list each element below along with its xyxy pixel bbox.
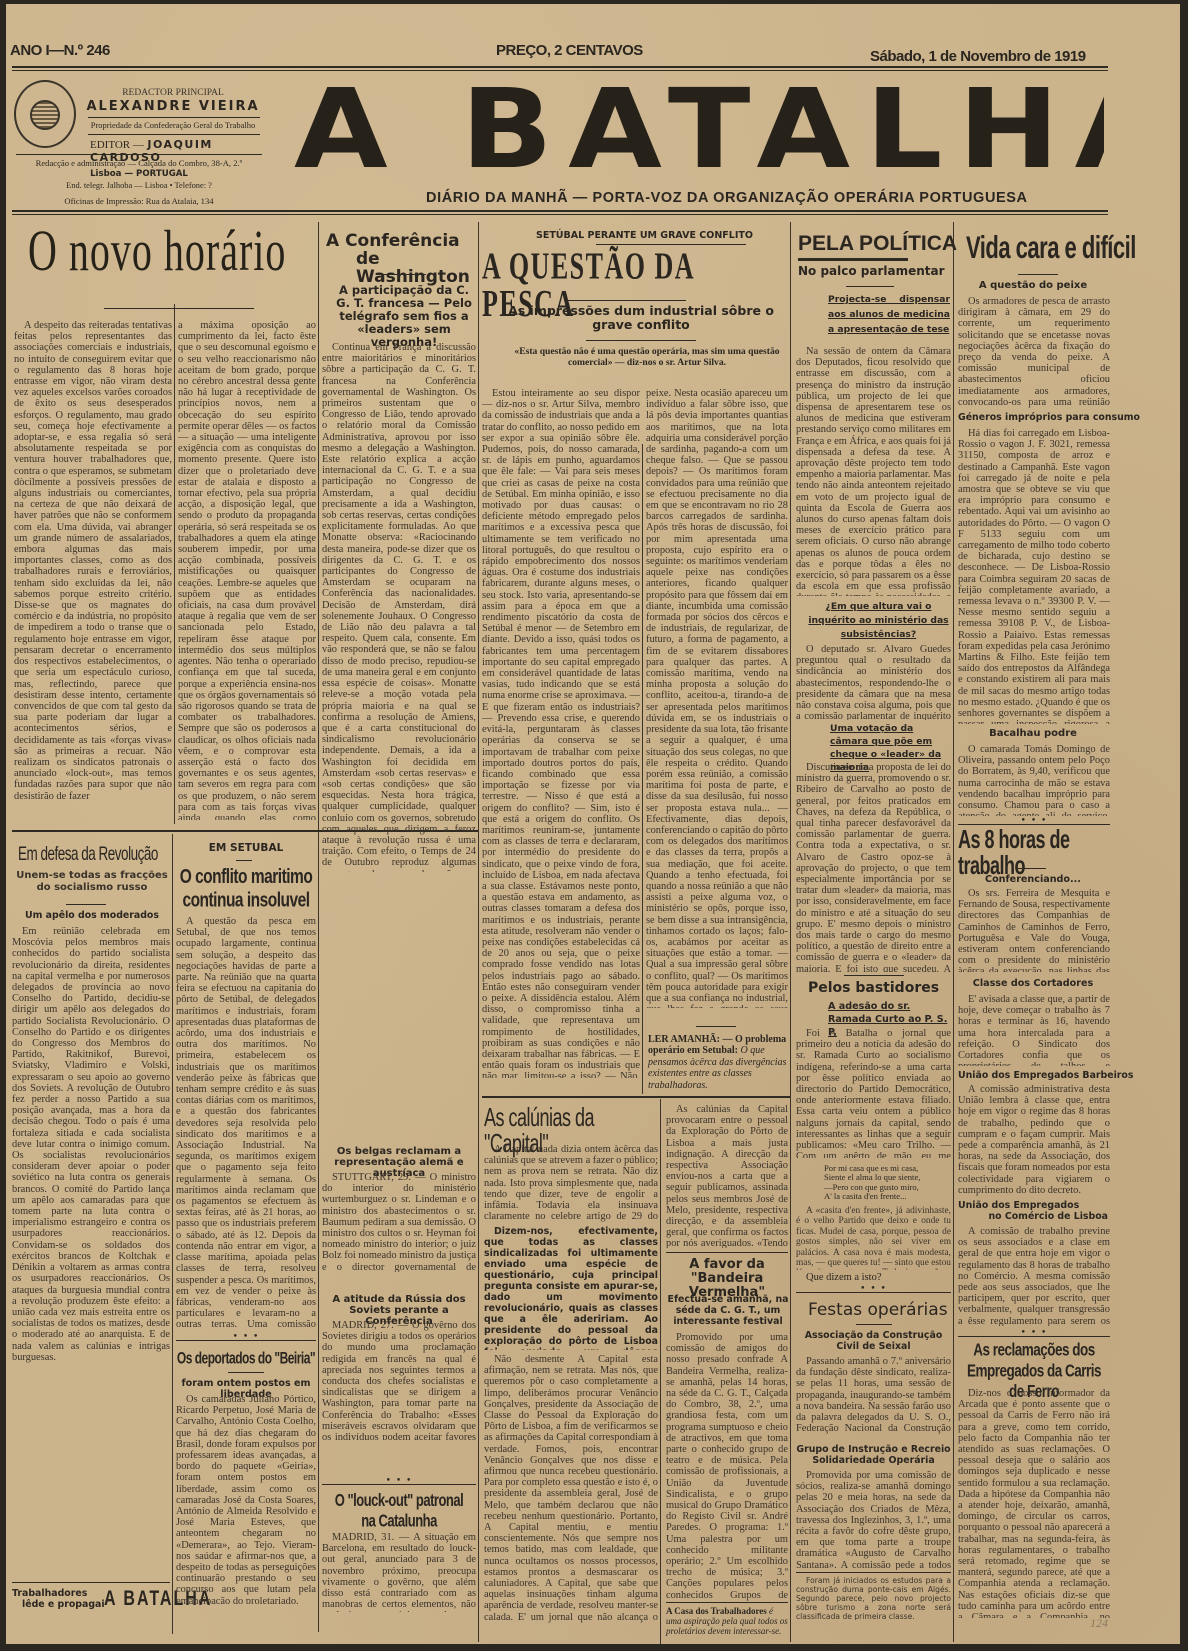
ler-amanha-label: LER AMANHÃ: — O problema operário em Set… bbox=[648, 1034, 786, 1056]
politica-body-inquerito: O deputado sr. Alvaro Guedes preguntou q… bbox=[796, 644, 951, 720]
headline-oito-horas-wrap: As 8 horas de trabalho bbox=[958, 826, 1118, 866]
pesca-quote: «Esta questão não é uma questão operária… bbox=[506, 346, 788, 368]
ler-amanha: LER AMANHÃ: — O problema operário em Set… bbox=[648, 1034, 788, 1091]
headline-bastidores: Pelos bastidores bbox=[808, 980, 939, 996]
oito-horas-body-conferenciando: Os srs. Ferreira de Mesquita e Fernando … bbox=[958, 888, 1110, 972]
telegraph: End. telegr. Jalhoba — Lisboa • Telefone… bbox=[16, 181, 262, 190]
vida-cara-body-bacalhau: O camarada Tomás Domingo de Oliveira, pa… bbox=[958, 744, 1110, 816]
belgas-body: STUTTGART, 29. — O ministro do interior … bbox=[322, 1172, 476, 1272]
festas-sub-seixal: Associação da Construção Civil de Seixal bbox=[796, 1330, 951, 1352]
bastidores-body-end: A «casita d'en frente», já adivinhaste, … bbox=[796, 1206, 951, 1270]
oito-horas-body-comercio: A comissão de trabalho previne os seus a… bbox=[958, 1226, 1110, 1326]
festas-sub-grupo: Grupo de Instrução e Recreio Solidarieda… bbox=[796, 1444, 951, 1466]
headline-novo-horario: O novo horário bbox=[28, 222, 286, 280]
capital-body-main: Não desmente A Capital esta afirmação, n… bbox=[484, 1354, 658, 1624]
pesca-col2: peixe. Nesta ocasião apareceu um indivíd… bbox=[646, 388, 788, 1008]
pesca-subhead: As impressões dum industrial sôbre o gra… bbox=[496, 304, 786, 332]
page-number: 124 bbox=[1090, 1616, 1108, 1631]
issue-number: ANO I—N.º 246 bbox=[10, 42, 110, 59]
capital-body-reply: As calúnias da Capital provocaram entre … bbox=[666, 1104, 788, 1248]
headline-revolucao-wrap: Em defesa da Revolução bbox=[18, 840, 174, 874]
headline-pesca-wrap: A QUESTÃO DA PESCA bbox=[482, 248, 792, 288]
louckout-body: MADRID, 31. — A situação em Barcelona, e… bbox=[322, 1532, 476, 1612]
bandeira-footer: A Casa dos Trabalhadores é uma aspiração… bbox=[666, 1606, 788, 1636]
novo-horario-col2: a máxima oposição ao cumprimento da lei,… bbox=[178, 320, 316, 820]
masthead-title: A BATALHA bbox=[294, 70, 1104, 188]
oito-horas-sub-cortadores: Classe dos Cortadores bbox=[958, 978, 1108, 989]
oito-horas-body-barbeiros: A comissão administrativa desta União le… bbox=[958, 1084, 1110, 1196]
printing-office: Oficinas de Impressão: Rua da Atalaia, 1… bbox=[16, 196, 262, 206]
bandeira-subhead: Efectua-se amanhã, na séde da C. G. T., … bbox=[666, 1294, 790, 1327]
revolucao-body: Em reünião celebrada em Moscóvia pelos m… bbox=[12, 926, 170, 1568]
vida-cara-sub-bacalhau: Bacalhau podre bbox=[958, 728, 1108, 739]
ornament-divider: • • • bbox=[796, 1286, 951, 1293]
vida-cara-sub-generos: Géneros impróprios para consumo bbox=[958, 412, 1140, 423]
vida-cara-body-generos: Há dias foi carregado em Lisboa-Rossio o… bbox=[958, 428, 1110, 724]
headline-setubal: O conflito maritimo continua insoluvel bbox=[174, 866, 318, 913]
headline-vida-cara-wrap: Vida cara e difícil bbox=[966, 232, 1146, 272]
headline-vida-cara: Vida cara e difícil bbox=[966, 232, 1136, 264]
promo-text: Trabalhadores lêde e propagai bbox=[12, 1588, 105, 1610]
headline-deportados: Os deportados do "Beiria" bbox=[176, 1348, 316, 1368]
politica-body-votacao: Discutia-se uma proposta de lei do minis… bbox=[796, 762, 951, 972]
revolucao-sub-apelo: Um apêlo dos moderados bbox=[14, 910, 170, 921]
bastidores-question: Que dizem a isto? bbox=[806, 1272, 882, 1283]
politica-section-inquerito: ¿Em que altura vai o inquérito ao minist… bbox=[806, 600, 951, 642]
pesca-col1: Estou inteiramente ao seu dispor — diz-n… bbox=[482, 388, 640, 1078]
deportados-body: Os camaradas Juliano Pórtico, Ricardo Pe… bbox=[176, 1394, 316, 1604]
bastidores-body: Foi A Batalha o jornal que primeiro deu … bbox=[796, 1028, 951, 1158]
festas-body-grupo: Promovida por uma comissão de sócios, re… bbox=[796, 1470, 951, 1570]
bandeira-body: Promovido por uma comissão de amigos do … bbox=[666, 1332, 788, 1602]
headline-revolucao: Em defesa da Revolução bbox=[18, 844, 158, 864]
oito-horas-body-cortadores: E' avisada a classe que, a partir de hoj… bbox=[958, 994, 1110, 1066]
headline-louckout: O "louck-out" patronal na Catalunha bbox=[322, 1490, 476, 1531]
festas-note: Foram já iniciados os estudos para a con… bbox=[796, 1576, 951, 1620]
washington-subhead: A participação da C. G. T. francesa — Pe… bbox=[334, 284, 474, 349]
redactor-name: ALEXANDRE VIEIRA bbox=[84, 99, 262, 114]
property-line: Propriedade da Confederação Geral do Tra… bbox=[84, 120, 262, 130]
politica-subhead: No palco parlamentar bbox=[798, 264, 945, 278]
revolucao-subhead: Unem-se todas as fracções do socialismo … bbox=[14, 870, 170, 894]
vida-cara-body-peixe: Os armadores de pesca de arrasto dirigir… bbox=[958, 296, 1110, 408]
issue-date: Sábado, 1 de Novembro de 1919 bbox=[870, 48, 1086, 65]
headline-festas: Festas operárias bbox=[808, 1300, 948, 1320]
capital-body-intro: A Capital nada dizia ontem àcêrca das ca… bbox=[484, 1144, 658, 1222]
masthead-subtitle: DIÁRIO DA MANHÃ — PORTA-VOZ DA ORGANIZAÇ… bbox=[426, 190, 1028, 206]
washington-body: Continua em França a discussão entre mai… bbox=[322, 342, 476, 872]
headline-capital-wrap: As calúnias da "Capital" bbox=[484, 1104, 660, 1140]
pesca-kicker: SETÚBAL PERANTE UM GRAVE CONFLITO bbox=[536, 230, 753, 241]
newspaper-page: ANO I—N.º 246 PREÇO, 2 CENTAVOS Sábado, … bbox=[6, 4, 1180, 1644]
capital-bold-quote: Dizem-nos, efectivamente, que todas as c… bbox=[484, 1226, 658, 1350]
masthead-rule-top bbox=[12, 66, 1108, 68]
headline-oito-horas: As 8 horas de trabalho bbox=[958, 826, 1118, 878]
headline-politica: PELA POLÍTICA bbox=[798, 232, 957, 256]
bastidores-poem: Por mi casa que es mi casa, Siente el al… bbox=[824, 1164, 944, 1202]
politica-body-tese: Na sessão de ontem da Câmara dos Deputad… bbox=[796, 346, 951, 596]
oito-horas-sub-conferenciando: Conferenciando... bbox=[958, 874, 1108, 885]
oito-horas-sub-comercio: União dos Empregados no Comércio de Lisb… bbox=[958, 1200, 1108, 1222]
masthead-title-wrap: A BATALHA bbox=[294, 70, 1104, 188]
address: Redacção e administração — Calçada do Co… bbox=[16, 158, 262, 168]
festas-body-seixal: Passando amanhã o 7.º aniversário da fun… bbox=[796, 1356, 951, 1434]
oito-horas-sub-barbeiros: União dos Empregados Barbeiros bbox=[958, 1070, 1133, 1081]
vida-cara-sub-peixe: A questão do peixe bbox=[958, 280, 1108, 291]
headline-novo-horario-wrap: O novo horário bbox=[28, 222, 318, 282]
cgt-seal-icon bbox=[14, 80, 76, 148]
redactor-label: REDACTOR PRINCIPAL bbox=[84, 88, 262, 98]
city: Lisboa — PORTUGAL bbox=[16, 169, 262, 179]
headline-washington: A Conferência de Washington bbox=[326, 232, 478, 286]
novo-horario-col1: A despeito das reiteradas tentativas fei… bbox=[14, 320, 172, 820]
carris-body: Diz-nos o nosso informador da Arcada que… bbox=[958, 1388, 1110, 1618]
price: PREÇO, 2 CENTAVOS bbox=[496, 42, 643, 59]
setubal-body: A questão da pesca em Setubal, de que no… bbox=[176, 916, 316, 1330]
politica-section-tese: Projecta-se dispensar aos alunos de medi… bbox=[828, 292, 950, 337]
setubal-kicker: EM SETUBAL bbox=[176, 842, 316, 854]
russia-body: MADRID, 27. — O govêrno dos Sovietes dir… bbox=[322, 1320, 476, 1440]
